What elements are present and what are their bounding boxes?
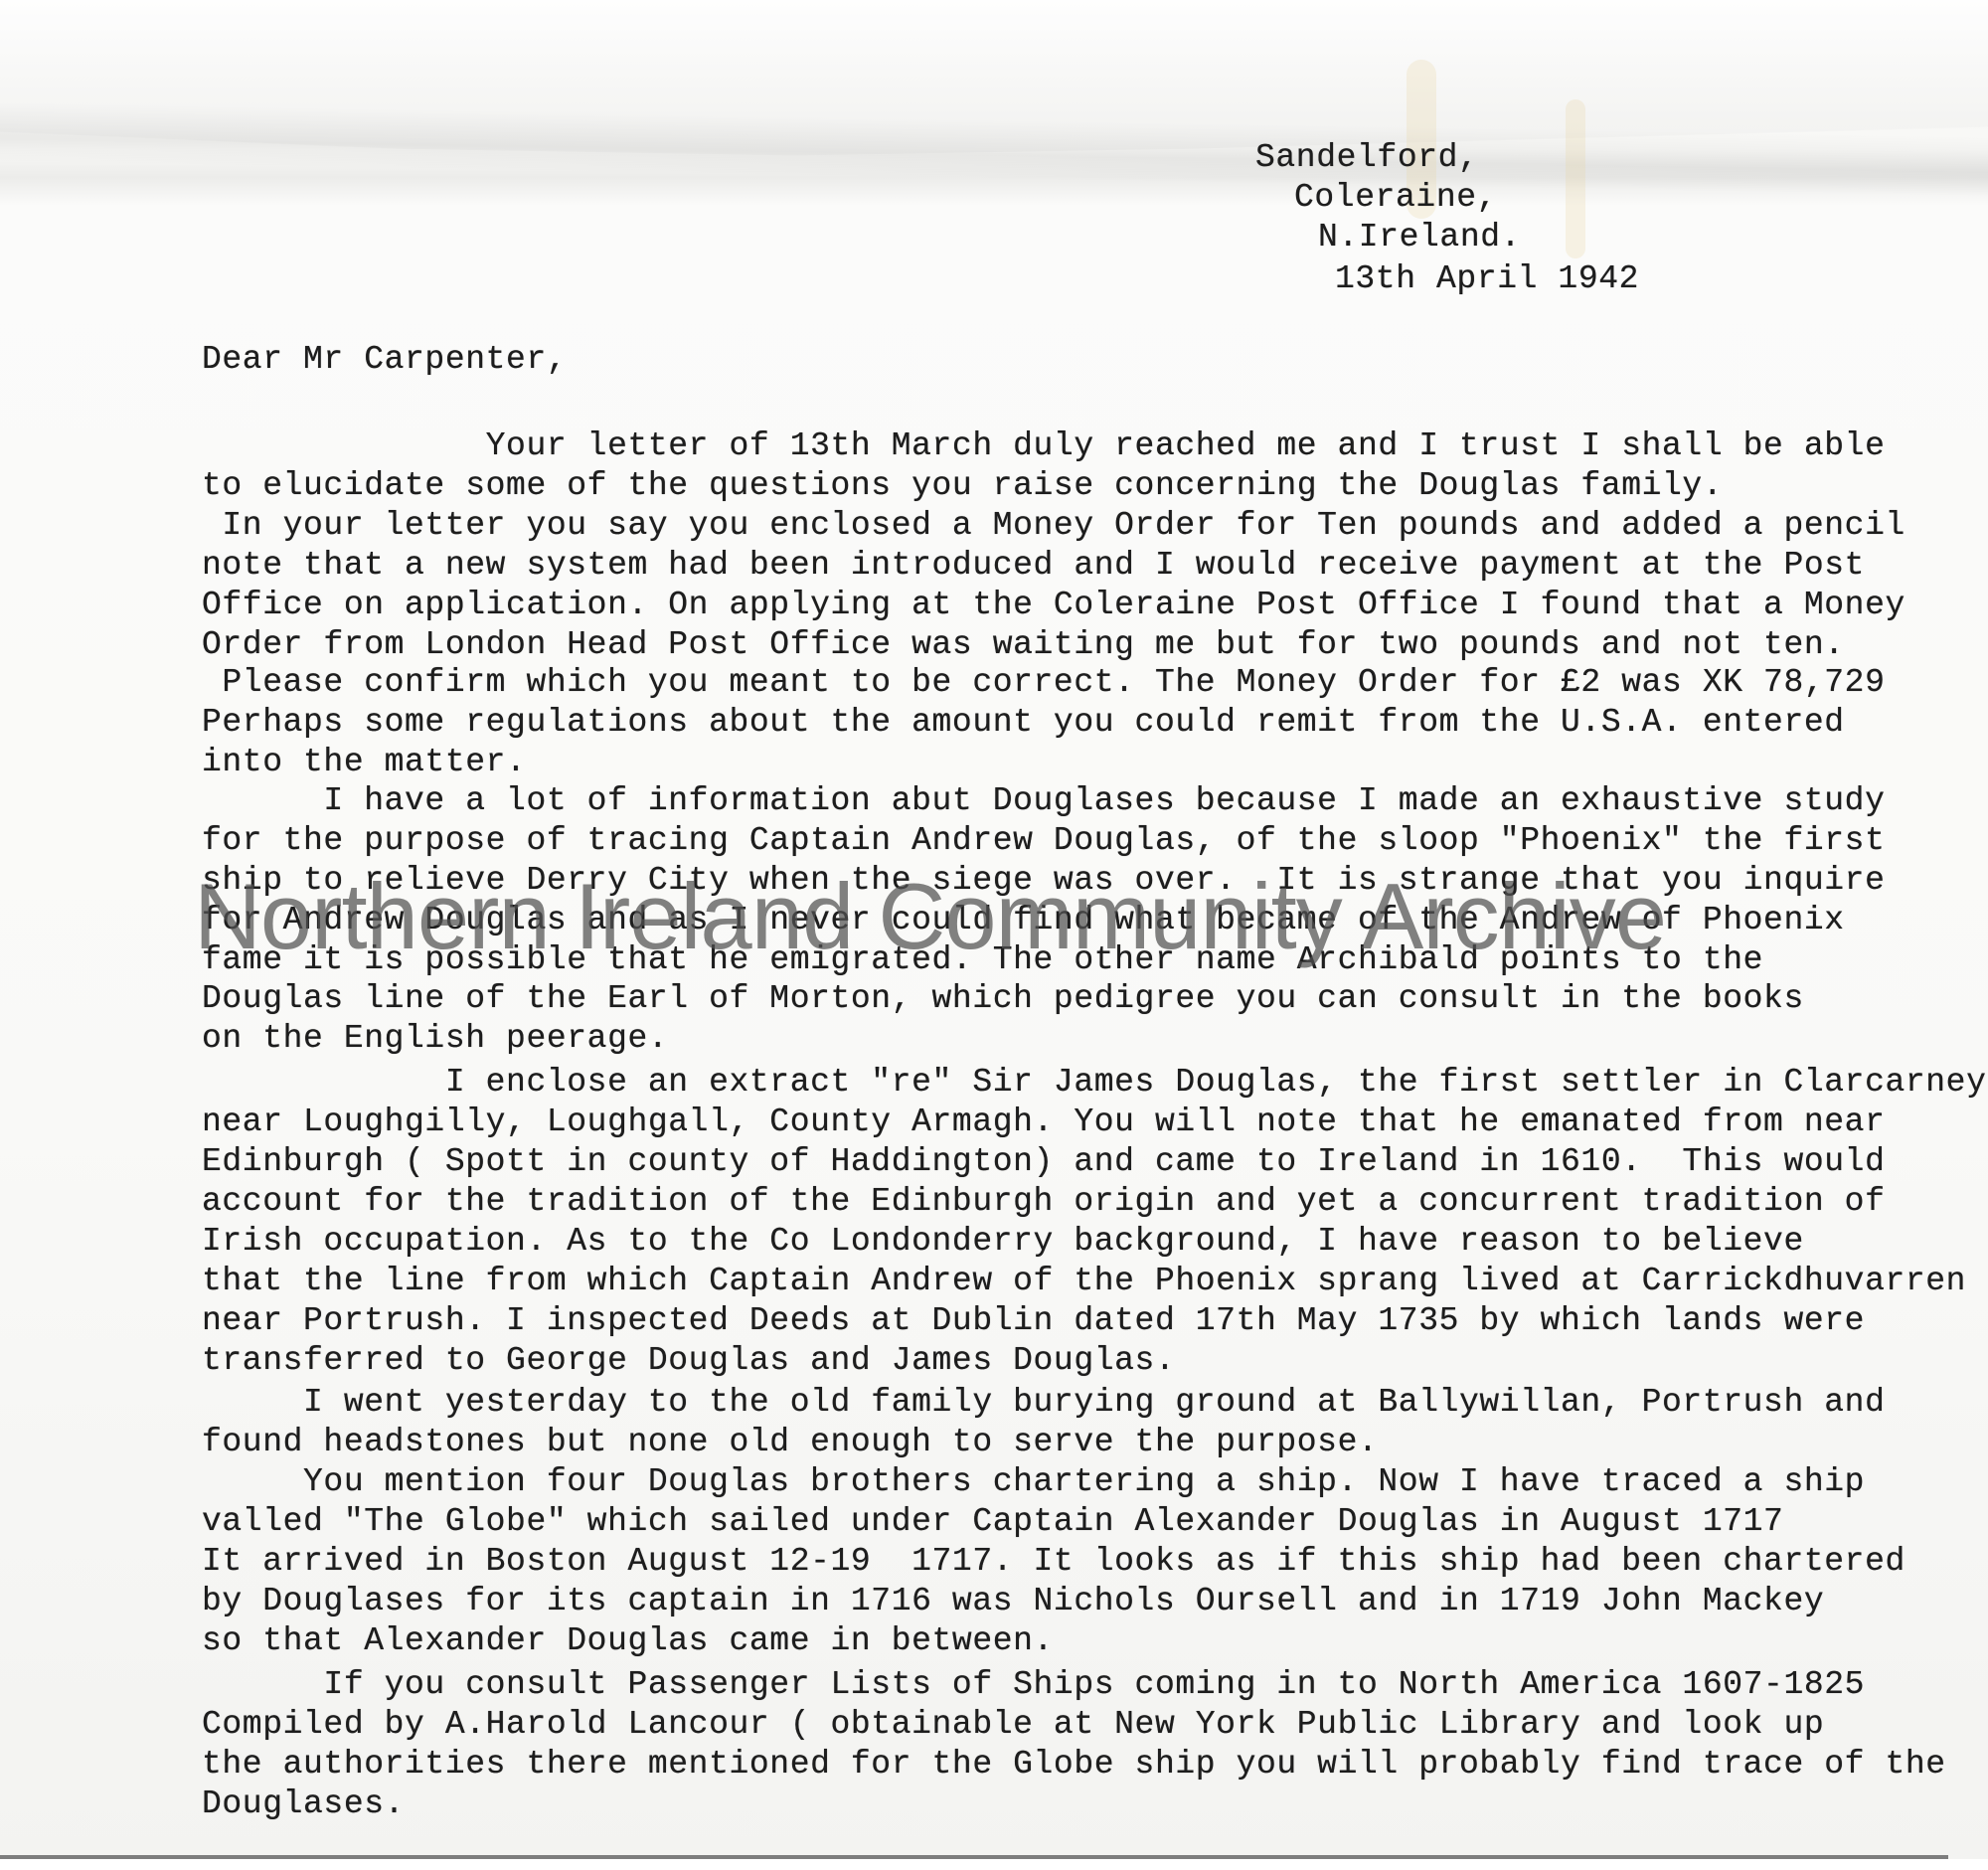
body-line: Edinburgh ( Spott in county of Haddingto… bbox=[202, 1143, 1885, 1180]
watermark: Northern Ireland Community Archive bbox=[194, 863, 1666, 970]
body-line: Your letter of 13th March duly reached m… bbox=[202, 427, 1885, 464]
body-line: so that Alexander Douglas came in betwee… bbox=[202, 1622, 1054, 1659]
body-line: I have a lot of information abut Douglas… bbox=[202, 782, 1885, 819]
body-line: Compiled by A.Harold Lancour ( obtainabl… bbox=[202, 1706, 1824, 1743]
body-line: I went yesterday to the old family buryi… bbox=[202, 1384, 1885, 1421]
body-line: You mention four Douglas brothers charte… bbox=[202, 1463, 1865, 1500]
address-line-1: Sandelford, bbox=[1255, 139, 1478, 176]
body-line: by Douglases for its captain in 1716 was… bbox=[202, 1583, 1824, 1619]
body-line: note that a new system had been introduc… bbox=[202, 547, 1865, 584]
body-line: near Portrush. I inspected Deeds at Dubl… bbox=[202, 1302, 1865, 1339]
body-line: Douglases. bbox=[202, 1785, 405, 1822]
body-line: Perhaps some regulations about the amoun… bbox=[202, 704, 1845, 741]
background-below-paper bbox=[0, 1859, 1988, 1870]
body-line: transferred to George Douglas and James … bbox=[202, 1342, 1175, 1379]
body-line: Irish occupation. As to the Co Londonder… bbox=[202, 1223, 1804, 1260]
body-line: In your letter you say you enclosed a Mo… bbox=[202, 507, 1905, 544]
letter-date: 13th April 1942 bbox=[1335, 260, 1639, 297]
address-line-2: Coleraine, bbox=[1294, 179, 1497, 216]
body-line: that the line from which Captain Andrew … bbox=[202, 1263, 1966, 1299]
body-line: valled "The Globe" which sailed under Ca… bbox=[202, 1503, 1783, 1540]
body-line: I enclose an extract "re" Sir James Doug… bbox=[202, 1064, 1986, 1101]
body-line: to elucidate some of the questions you r… bbox=[202, 467, 1723, 504]
body-line: Please confirm which you meant to be cor… bbox=[202, 664, 1885, 701]
body-line: If you consult Passenger Lists of Ships … bbox=[202, 1666, 1865, 1703]
paper-stain bbox=[1566, 99, 1585, 258]
body-line: into the matter. bbox=[202, 744, 526, 780]
body-line: Office on application. On applying at th… bbox=[202, 587, 1905, 623]
salutation: Dear Mr Carpenter, bbox=[202, 341, 567, 378]
body-line: near Loughgilly, Loughgall, County Armag… bbox=[202, 1104, 1885, 1140]
body-line: account for the tradition of the Edinbur… bbox=[202, 1183, 1885, 1220]
address-line-3: N.Ireland. bbox=[1318, 219, 1521, 255]
body-line: on the English peerage. bbox=[202, 1020, 668, 1057]
body-line: It arrived in Boston August 12-19 1717. … bbox=[202, 1543, 1905, 1580]
body-line: the authorities there mentioned for the … bbox=[202, 1746, 1946, 1783]
body-line: Douglas line of the Earl of Morton, whic… bbox=[202, 980, 1804, 1017]
body-line: for the purpose of tracing Captain Andre… bbox=[202, 822, 1885, 859]
body-line: Order from London Head Post Office was w… bbox=[202, 626, 1845, 663]
body-line: found headstones but none old enough to … bbox=[202, 1424, 1378, 1460]
